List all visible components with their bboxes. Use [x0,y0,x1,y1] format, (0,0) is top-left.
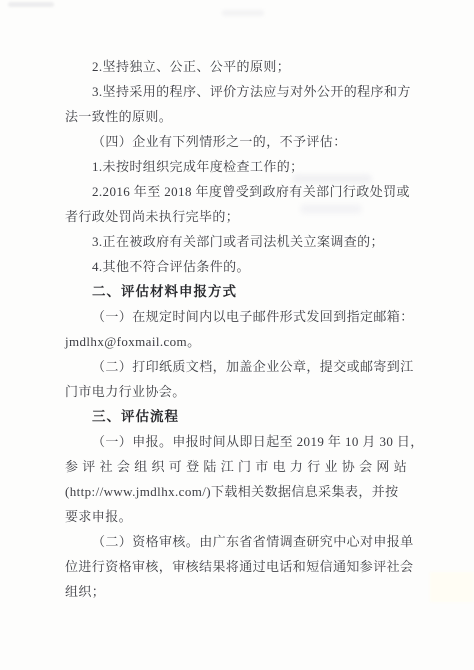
doc-line: 门市电力行业协会。 [65,379,415,404]
doc-line: 2.2016 年至 2018 年度曾受到政府有关部门行政处罚或 [65,179,415,204]
doc-line: （四）企业有下列情形之一的，不予评估： [65,129,415,154]
doc-line: 法一致性的原则。 [65,104,415,129]
doc-line: 参评社会组织可登陆江门市电力行业协会网站 [65,454,415,479]
doc-line: 3.坚持采用的程序、评价方法应与对外公开的程序和方 [65,79,415,104]
doc-line: 者行政处罚尚未执行完毕的； [65,204,415,229]
doc-line: 组织； [65,579,415,604]
doc-line: （一）申报。申报时间从即日起至 2019 年 10 月 30 日， [65,429,415,454]
document-page: 2.坚持独立、公正、公平的原则； 3.坚持采用的程序、评价方法应与对外公开的程序… [0,0,474,670]
doc-line: （一）在规定时间内以电子邮件形式发回到指定邮箱： [65,304,415,329]
doc-line: 2.坚持独立、公正、公平的原则； [65,54,415,79]
doc-line: 4.其他不符合评估条件的。 [65,254,415,279]
section-heading-3: 三、评估流程 [65,404,415,429]
doc-line: 1.未按时组织完成年度检查工作的； [65,154,415,179]
doc-line: 位进行资格审核，审核结果将通过电话和短信通知参评社会 [65,554,415,579]
scan-artifact [430,572,474,602]
section-heading-2: 二、评估材料申报方式 [65,279,415,304]
doc-line-url: (http://www.jmdlhx.com/)下载相关数据信息采集表，并按 [65,479,415,504]
doc-line: 要求申报。 [65,504,415,529]
document-body: 2.坚持独立、公正、公平的原则； 3.坚持采用的程序、评价方法应与对外公开的程序… [65,54,415,604]
doc-line: （二）资格审核。由广东省省情调查研究中心对申报单 [65,529,415,554]
scan-artifact [8,2,54,7]
doc-line: （二）打印纸质文档，加盖企业公章，提交或邮寄到江 [65,354,415,379]
scan-artifact [222,10,264,16]
doc-line: 3.正在被政府有关部门或者司法机关立案调查的； [65,229,415,254]
doc-line-email: jmdlhx@foxmail.com。 [65,329,415,354]
